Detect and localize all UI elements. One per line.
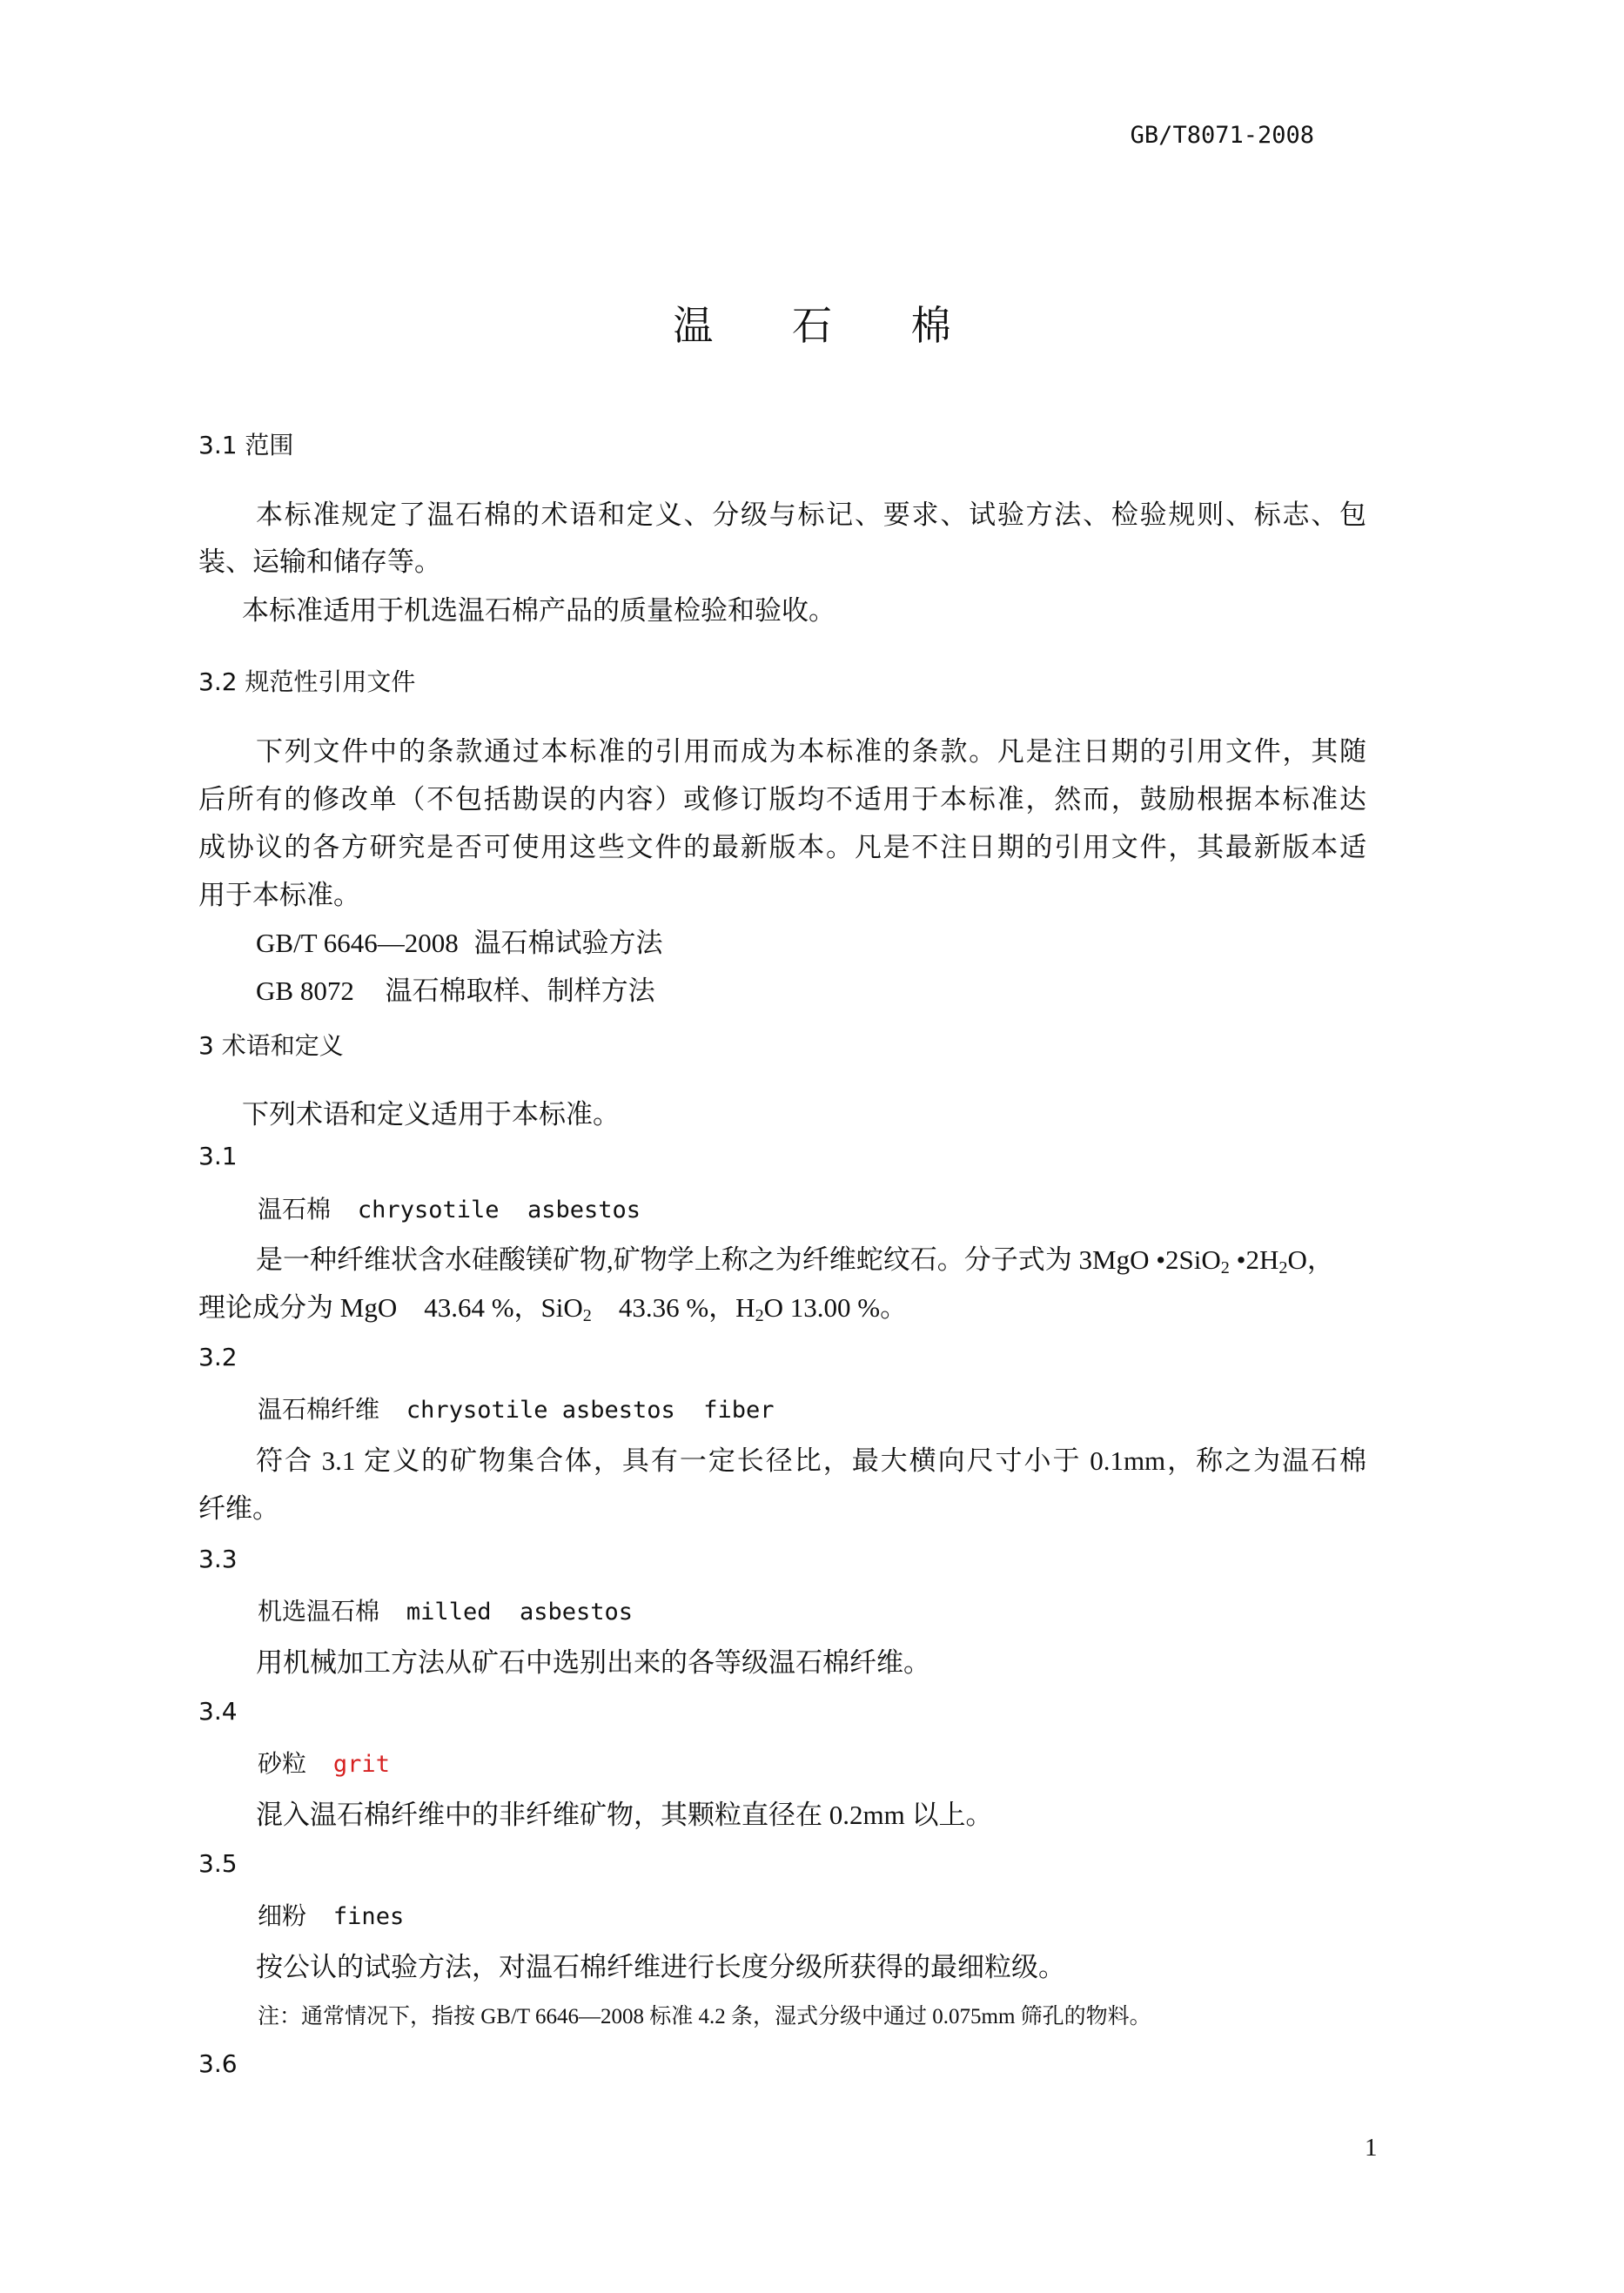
section-heading-normative-refs: 3.2 规范性引用文件 bbox=[198, 663, 415, 698]
term-number: 3.1 bbox=[198, 1142, 238, 1170]
scope-para2: 本标准适用于机选温石棉产品的质量检验和验收。 bbox=[242, 588, 835, 627]
term-en: chrysotile asbestos fiber bbox=[406, 1397, 775, 1424]
term-number: 3.6 bbox=[198, 2049, 238, 2078]
section-heading-scope: 3.1 范围 bbox=[198, 426, 293, 461]
term-number: 3.4 bbox=[198, 1697, 238, 1726]
scope-para1-line2: 装、运输和储存等。 bbox=[198, 540, 441, 579]
term-cn: 温石棉纤维 bbox=[258, 1395, 379, 1424]
term-heading: 温石棉 chrysotile asbestos bbox=[258, 1190, 641, 1225]
formula: 3MgO •2SiO2 •2H2O， bbox=[1079, 1244, 1334, 1275]
term-definition-line1: 符合 3.1 定义的矿物集合体，具有一定长径比，最大横向尺寸小于 0.1mm，称… bbox=[256, 1438, 1366, 1478]
page-number: 1 bbox=[1365, 2134, 1378, 2162]
term-definition: 按公认的试验方法，对温石棉纤维进行长度分级所获得的最细粒级。 bbox=[256, 1945, 1065, 1984]
term-heading: 细粉 fines bbox=[258, 1897, 404, 1932]
term-number: 3.3 bbox=[198, 1545, 238, 1573]
term-definition: 用机械加工方法从矿石中选别出来的各等级温石棉纤维。 bbox=[256, 1640, 930, 1680]
refs-para-line4: 用于本标准。 bbox=[198, 873, 360, 912]
term-composition: 理论成分为 MgO 43.64 %，SiO2 43.36 %，H2O 13.00… bbox=[198, 1285, 907, 1324]
page-title: 温 石 棉 bbox=[0, 294, 1624, 352]
definition-text: 是一种纤维状含水硅酸镁矿物,矿物学上称之为纤维蛇纹石。分子式为 bbox=[256, 1244, 1079, 1275]
term-number: 3.5 bbox=[198, 1849, 238, 1878]
term-heading: 温石棉纤维 chrysotile asbestos fiber bbox=[258, 1391, 775, 1425]
refs-para-line1: 下列文件中的条款通过本标准的引用而成为本标准的条款。凡是注日期的引用文件，其随 bbox=[256, 729, 1366, 768]
term-heading: 砂粒 grit bbox=[258, 1745, 390, 1780]
term-cn: 砂粒 bbox=[258, 1749, 306, 1778]
refs-para-line2: 后所有的修改单（不包括勘误的内容）或修订版均不适用于本标准，然而，鼓励根据本标准… bbox=[198, 777, 1366, 816]
term-heading: 机选温石棉 milled asbestos bbox=[258, 1592, 633, 1627]
term-cn: 机选温石棉 bbox=[258, 1597, 379, 1626]
section-heading-terms: 3 术语和定义 bbox=[198, 1027, 344, 1062]
term-note: 注：通常情况下，指按 GB/T 6646—2008 标准 4.2 条，湿式分级中… bbox=[258, 1999, 1151, 2030]
reference-title: 温石棉试验方法 bbox=[474, 928, 663, 958]
term-en: milled asbestos bbox=[406, 1599, 633, 1626]
refs-para-line3: 成协议的各方研究是否可使用这些文件的最新版本。凡是不注日期的引用文件，其最新版本… bbox=[198, 825, 1366, 864]
reference-code: GB 8072 bbox=[256, 976, 354, 1006]
term-en-highlighted: grit bbox=[333, 1751, 390, 1778]
term-definition: 混入温石棉纤维中的非纤维矿物，其颗粒直径在 0.2mm 以上。 bbox=[256, 1793, 992, 1832]
reference-item: GB 8072 温石棉取样、制样方法 bbox=[256, 969, 655, 1008]
scope-para1-line1: 本标准规定了温石棉的术语和定义、分级与标记、要求、试验方法、检验规则、标志、包 bbox=[256, 493, 1366, 532]
reference-title: 温石棉取样、制样方法 bbox=[386, 976, 655, 1006]
term-cn: 温石棉 bbox=[258, 1195, 331, 1224]
reference-item: GB/T 6646—2008 温石棉试验方法 bbox=[256, 921, 663, 960]
term-definition-line1: 是一种纤维状含水硅酸镁矿物,矿物学上称之为纤维蛇纹石。分子式为 3MgO •2S… bbox=[256, 1237, 1334, 1277]
reference-code: GB/T 6646—2008 bbox=[256, 928, 459, 958]
term-en: fines bbox=[333, 1903, 404, 1930]
standard-code: GB/T8071-2008 bbox=[1131, 122, 1314, 149]
term-number: 3.2 bbox=[198, 1343, 238, 1371]
term-definition-line2: 纤维。 bbox=[198, 1486, 279, 1525]
terms-intro: 下列术语和定义适用于本标准。 bbox=[242, 1092, 620, 1131]
term-en: chrysotile asbestos bbox=[358, 1197, 641, 1224]
term-cn: 细粉 bbox=[258, 1901, 306, 1930]
